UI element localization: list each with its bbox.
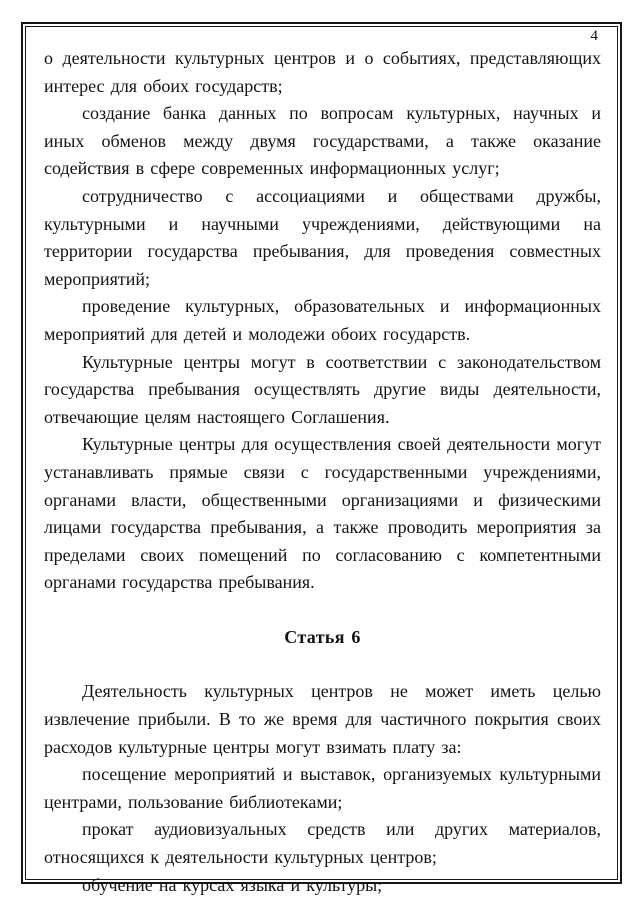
page-border-frame: 4 о деятельности культурных центров и о …	[21, 22, 622, 884]
paragraph: создание банка данных по вопросам культу…	[44, 100, 601, 183]
page-border-inner: 4 о деятельности культурных центров и о …	[25, 26, 618, 880]
paragraph: обучение на курсах языка и культуры;	[44, 872, 601, 900]
article-heading: Статья 6	[44, 624, 601, 652]
paragraph: Деятельность культурных центров не может…	[44, 678, 601, 761]
page-number: 4	[44, 28, 601, 45]
paragraph: Культурные центры могут в соответствии с…	[44, 349, 601, 432]
paragraph-continuation: о деятельности культурных центров и о со…	[44, 45, 601, 100]
paragraph: проведение культурных, образовательных и…	[44, 293, 601, 348]
scanned-document-page: { "page": { "number": "4" }, "doc": { "h…	[0, 0, 640, 905]
paragraph: сотрудничество с ассоциациями и общества…	[44, 183, 601, 293]
paragraph: прокат аудиовизуальных средств или други…	[44, 816, 601, 871]
paragraph: Культурные центры для осуществления свое…	[44, 431, 601, 597]
paragraph: посещение мероприятий и выставок, органи…	[44, 761, 601, 816]
document-body: о деятельности культурных центров и о со…	[44, 45, 601, 899]
